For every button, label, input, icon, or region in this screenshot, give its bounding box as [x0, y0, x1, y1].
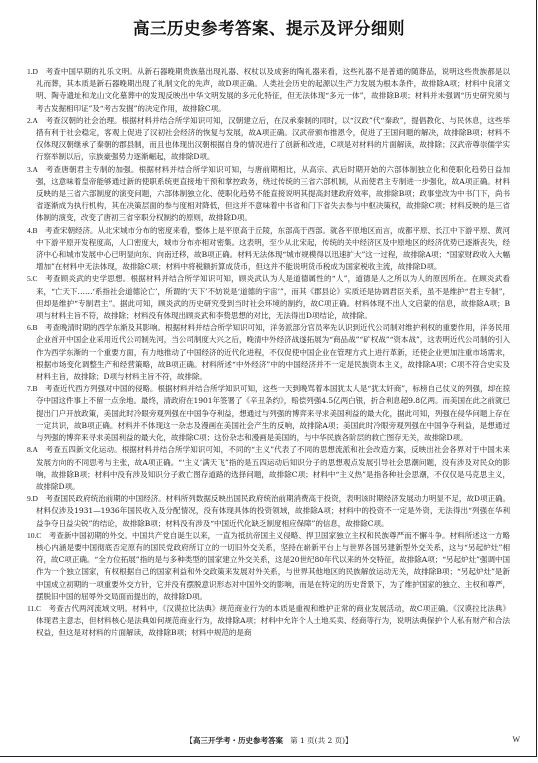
document-page: 高三历史参考答案、提示及评分细则 1.D 考查中国早期的礼乐文明。从新石器晚期贵…: [0, 0, 537, 757]
answer-item: 1.D 考查中国早期的礼乐文明。从新石器晚期贵族墓出现礼器、权杖以及成套的陶礼器…: [27, 66, 510, 115]
answer-number: 5.C: [27, 274, 38, 283]
answer-item: 7.B 考查近代西方列强对中国的侵略。根据材料并结合所学知识可知，这些一天到晚骂…: [27, 383, 510, 444]
answer-number: 6.B: [27, 323, 38, 332]
answer-number: 7.B: [27, 384, 38, 393]
answer-item: 11.C 考查古代两河流域文明。材料中，《汉谟拉比法典》规范商业行为的本质是重视…: [27, 603, 510, 640]
footer-label: 【高三开学考・历史参考答案 第 1 页(共 2 页)】: [0, 735, 538, 746]
footer-bracket-close: 】: [345, 736, 353, 745]
footer-code: W: [512, 735, 520, 744]
answer-item: 8.A 考查五四新文化运动。根据材料并结合所学知识可知，不同的“主义”代表了不同…: [27, 444, 510, 493]
answer-number: 9.D: [27, 494, 38, 503]
answer-explanation: 考查新中国初期的外交。中国共产党自诞生以来，一直为抵抗帝国主义侵略、捍卫国家独立…: [36, 531, 510, 601]
answer-item: 5.C 考查顾炎武的史学思想。根据材料并结合所学知识可知，顾炎武认为人是道德属性…: [27, 273, 510, 322]
answer-explanation: 考查五四新文化运动。根据材料并结合所学知识可知，不同的“主义”代表了不同的思想流…: [36, 445, 510, 491]
answer-number: 10.C: [27, 531, 41, 540]
answer-explanation: 考查晚清时期的西学东渐及其影响。根据材料并结合所学知识可知，洋务派部分官员率先认…: [36, 323, 510, 381]
answer-item: 4.B 考查宋朝经济。从北宋城市分布的密度来看，整体上是平原高于丘陵，东部高于西…: [27, 225, 510, 274]
answer-explanation: 考查国民政府统治前期的中国经济。材料所列数据反映出国民政府统治前期消费高于投资，…: [36, 494, 510, 527]
answer-number: 11.C: [27, 604, 41, 613]
footer-page-info: 第 1 页(共 2 页): [290, 736, 345, 745]
answer-number: 3.A: [27, 165, 38, 174]
answer-explanation: 考查中国早期的礼乐文明。从新石器晚期贵族墓出现礼器、权杖以及成套的陶礼器来看，这…: [36, 67, 510, 113]
answer-explanation: 考查近代西方列强对中国的侵略。根据材料并结合所学知识可知，这些一天到晚骂着本国犹…: [36, 384, 510, 442]
answer-explanation: 考查汉朝的社会治理。根据材料并结合所学知识可知，汉朝建立后，在汉承秦制的同时，以…: [36, 116, 510, 162]
answer-item: 6.B 考查晚清时期的西学东渐及其影响。根据材料并结合所学知识可知，洋务派部分官…: [27, 322, 510, 383]
answer-item: 3.A 考查唐朝君主专制的加强。根据材料并结合所学知识可知，与唐前期相比，从高宗…: [27, 164, 510, 225]
answer-item: 10.C 考查新中国初期的外交。中国共产党自诞生以来，一直为抵抗帝国主义侵略、捍…: [27, 530, 510, 603]
footer-title: 高三开学考・历史参考答案: [193, 736, 283, 745]
answer-explanation: 考查古代两河流域文明。材料中，《汉谟拉比法典》规范商业行为的本质是重视和维护正常…: [36, 604, 510, 637]
answer-number: 1.D: [27, 67, 38, 76]
page-title: 高三历史参考答案、提示及评分细则: [0, 15, 538, 39]
answer-number: 4.B: [27, 226, 38, 235]
answer-number: 2.A: [27, 116, 38, 125]
answer-item: 2.A 考查汉朝的社会治理。根据材料并结合所学知识可知，汉朝建立后，在汉承秦制的…: [27, 115, 510, 164]
footer-bracket-open: 【: [185, 736, 193, 745]
answer-explanation: 考查宋朝经济。从北宋城市分布的密度来看，整体上是平原高于丘陵，东部高于西部。就各…: [36, 226, 510, 272]
answer-explanation: 考查顾炎武的史学思想。根据材料并结合所学知识可知，顾炎武认为人是道德属性的“人”…: [36, 274, 510, 320]
answer-explanation: 考查唐朝君主专制的加强。根据材料并结合所学知识可知，与唐前期相比，从高宗、武后时…: [36, 165, 510, 223]
answer-item: 9.D 考查国民政府统治前期的中国经济。材料所列数据反映出国民政府统治前期消费高…: [27, 493, 510, 530]
answer-list: 1.D 考查中国早期的礼乐文明。从新石器晚期贵族墓出现礼器、权杖以及成套的陶礼器…: [27, 66, 510, 640]
answer-number: 8.A: [27, 445, 38, 454]
